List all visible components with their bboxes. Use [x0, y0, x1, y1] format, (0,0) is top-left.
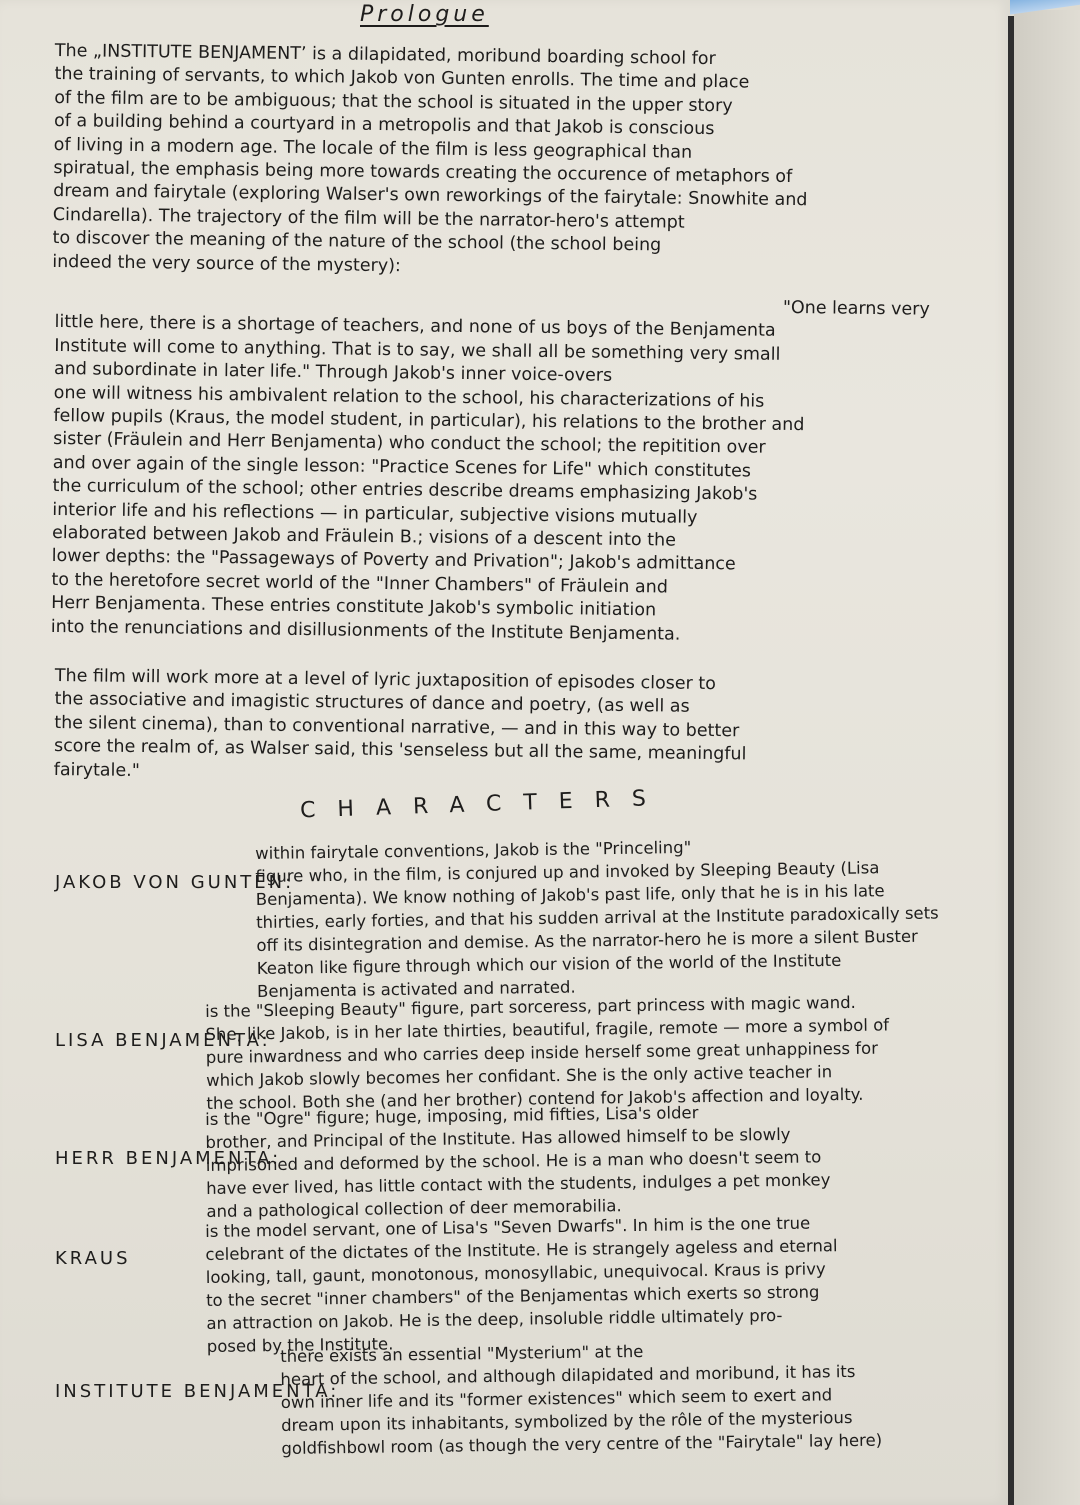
character-name: KRAUS — [55, 1248, 131, 1269]
notebook-photo: Prologue The „INSTITUTE BENJAMENT’ is a … — [0, 0, 1080, 1505]
character-description: within fairytale conventions, Jakob is t… — [255, 831, 1077, 1003]
character-description: is the "Sleeping Beauty" figure, part so… — [205, 989, 1027, 1115]
prologue-paragraph-2: "One learns very little here, there is a… — [51, 288, 960, 650]
character-description: there exists an essential "Mysterium" at… — [280, 1334, 1080, 1460]
characters-heading: CHARACTERS — [300, 786, 669, 824]
character-description: is the "Ogre" figure; huge, imposing, mi… — [205, 1097, 1027, 1223]
notebook-spine-edge — [1008, 16, 1014, 1505]
handwritten-page: Prologue The „INSTITUTE BENJAMENT’ is a … — [0, 0, 1010, 1505]
prologue-paragraph-3: The film will work more at a level of ly… — [54, 665, 960, 793]
prologue-paragraph-1: The „INSTITUTE BENJAMENT’ is a dilapidat… — [52, 40, 960, 285]
page-title: Prologue — [360, 2, 489, 27]
